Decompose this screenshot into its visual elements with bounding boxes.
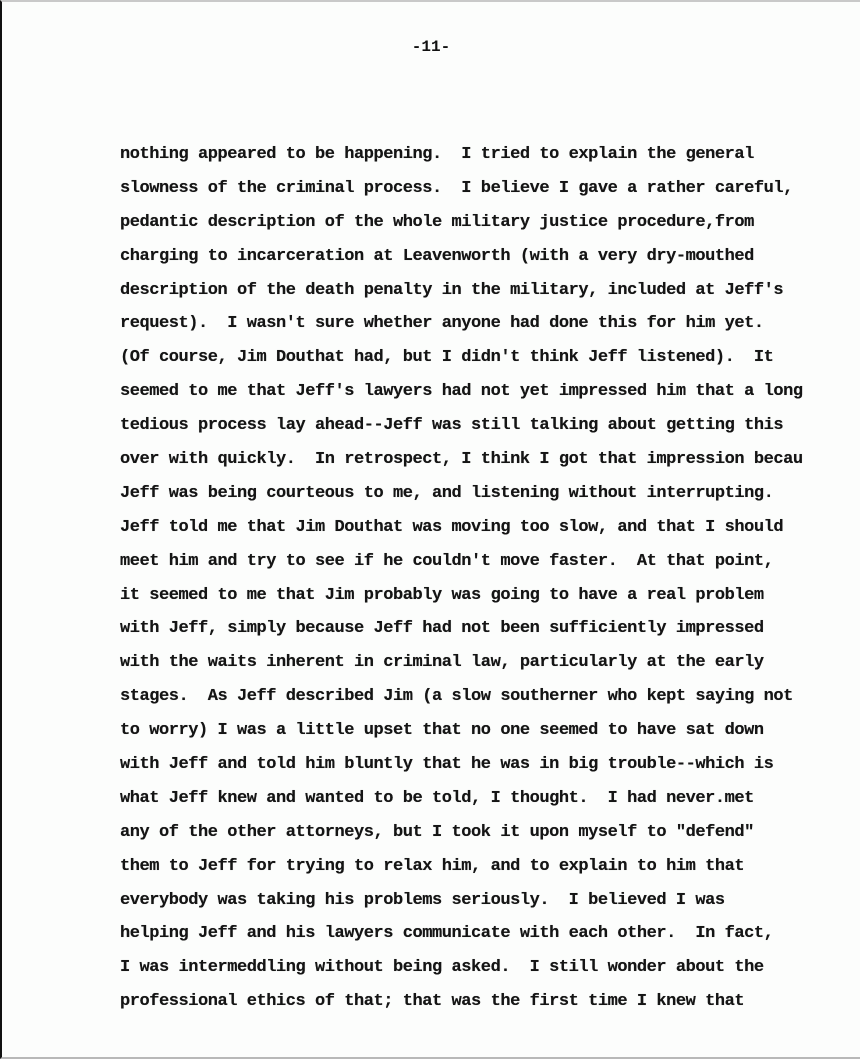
text-line: Jeff told me that Jim Douthat was moving… xyxy=(120,511,860,545)
text-line: professional ethics of that; that was th… xyxy=(120,985,860,1019)
text-line: Jeff was being courteous to me, and list… xyxy=(120,477,860,511)
text-line: (Of course, Jim Douthat had, but I didn'… xyxy=(120,341,860,375)
text-line: it seemed to me that Jim probably was go… xyxy=(120,579,860,613)
text-line: description of the death penalty in the … xyxy=(120,274,860,308)
text-line: stages. As Jeff described Jim (a slow so… xyxy=(120,680,860,714)
page-number: -11- xyxy=(2,38,860,56)
text-line: meet him and try to see if he couldn't m… xyxy=(120,545,860,579)
text-line: request). I wasn't sure whether anyone h… xyxy=(120,307,860,341)
text-line: what Jeff knew and wanted to be told, I … xyxy=(120,782,860,816)
text-line: any of the other attorneys, but I took i… xyxy=(120,816,860,850)
text-line: slowness of the criminal process. I beli… xyxy=(120,172,860,206)
text-line: with the waits inherent in criminal law,… xyxy=(120,646,860,680)
text-line: charging to incarceration at Leavenworth… xyxy=(120,240,860,274)
text-line: them to Jeff for trying to relax him, an… xyxy=(120,850,860,884)
text-line: I was intermeddling without being asked.… xyxy=(120,951,860,985)
text-line: nothing appeared to be happening. I trie… xyxy=(120,138,860,172)
text-line: everybody was taking his problems seriou… xyxy=(120,884,860,918)
text-line: to worry) I was a little upset that no o… xyxy=(120,714,860,748)
document-page: -11- nothing appeared to be happening. I… xyxy=(0,0,860,1059)
body-text: nothing appeared to be happening. I trie… xyxy=(120,138,860,1019)
text-line: helping Jeff and his lawyers communicate… xyxy=(120,917,860,951)
text-line: over with quickly. In retrospect, I thin… xyxy=(120,443,860,477)
text-line: with Jeff and told him bluntly that he w… xyxy=(120,748,860,782)
text-line: pedantic description of the whole milita… xyxy=(120,206,860,240)
text-line: tedious process lay ahead--Jeff was stil… xyxy=(120,409,860,443)
text-line: seemed to me that Jeff's lawyers had not… xyxy=(120,375,860,409)
text-line: with Jeff, simply because Jeff had not b… xyxy=(120,612,860,646)
